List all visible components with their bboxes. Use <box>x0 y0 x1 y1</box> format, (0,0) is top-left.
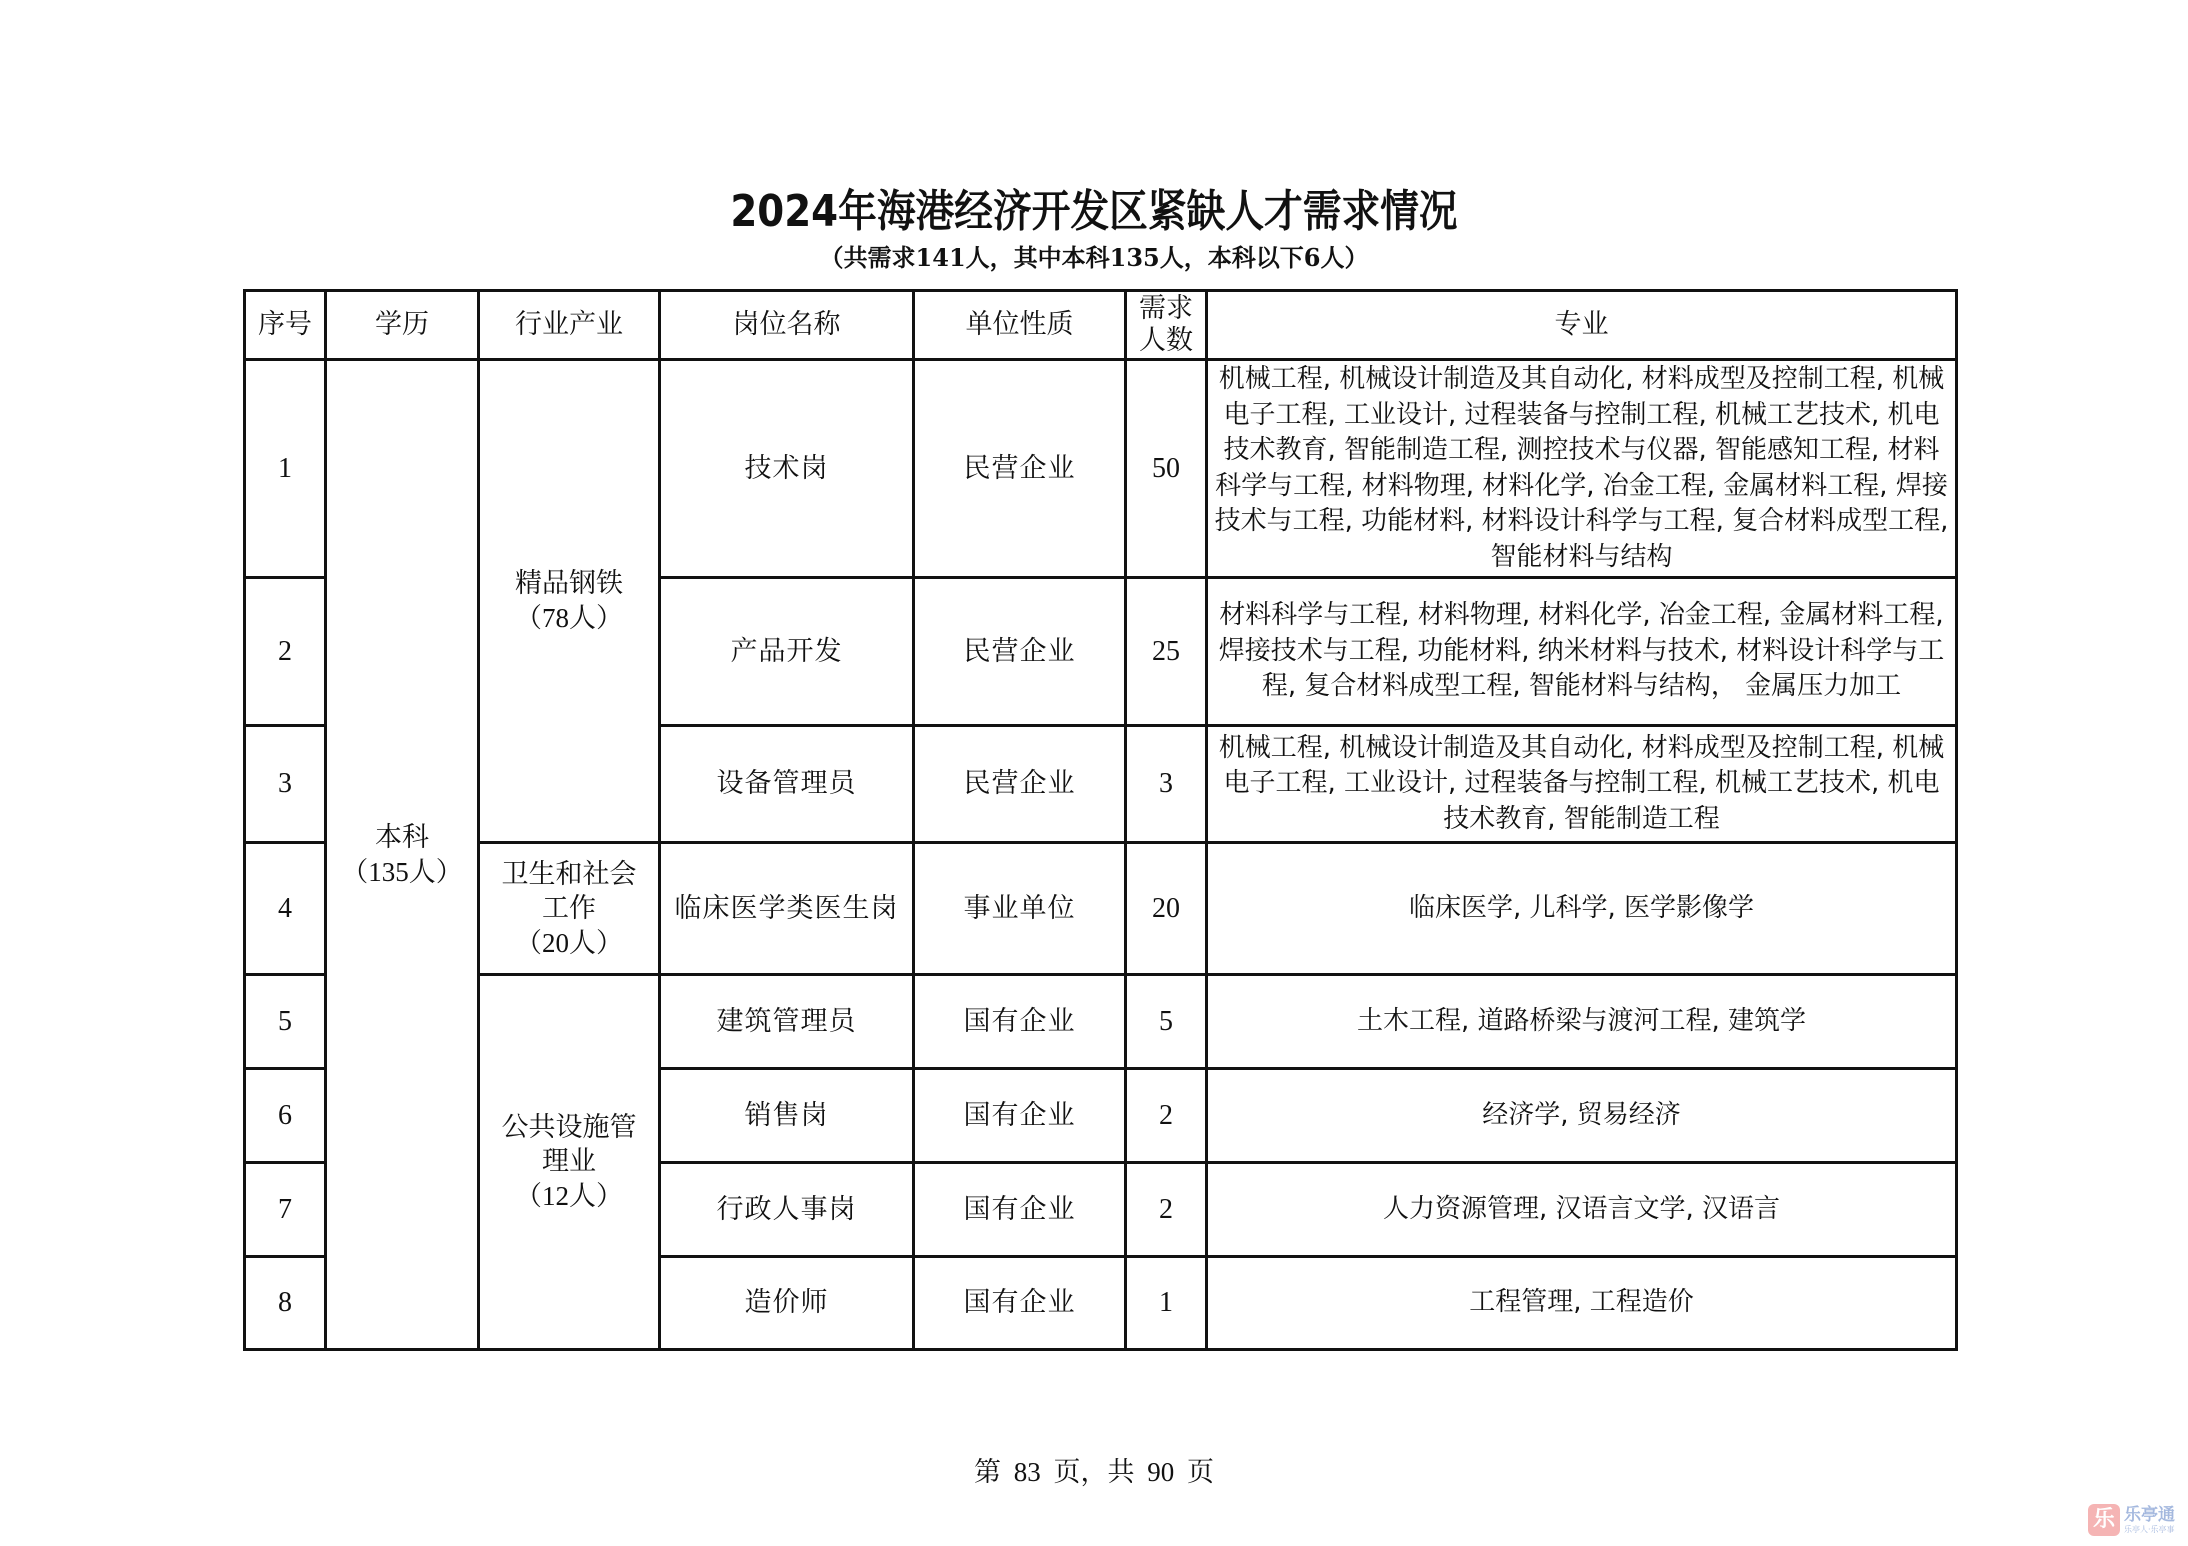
education-label: 本科 <box>331 821 473 855</box>
table-row: 4 卫生和社会 工作 （20人） 临床医学类医生岗 事业单位 20 临床医学, … <box>245 843 1957 975</box>
row-seq: 7 <box>245 1163 326 1257</box>
row-unit-type: 国有企业 <box>914 1163 1126 1257</box>
row-position: 造价师 <box>660 1257 914 1350</box>
row-position: 销售岗 <box>660 1069 914 1163</box>
industry-count: （20人） <box>484 926 654 960</box>
row-demand: 1 <box>1126 1257 1207 1350</box>
watermark-slogan: 乐亭人·乐亭事 <box>2124 1526 2175 1534</box>
header-seq: 序号 <box>245 291 326 360</box>
table-row: 5 公共设施管 理业 （12人） 建筑管理员 国有企业 5 土木工程, 道路桥梁… <box>245 975 1957 1069</box>
row-seq: 2 <box>245 578 326 726</box>
row-demand: 50 <box>1126 360 1207 578</box>
row-unit-type: 事业单位 <box>914 843 1126 975</box>
watermark-logo-icon: 乐 <box>2088 1504 2120 1536</box>
page-footer: 第 83 页，共 90 页 <box>0 1455 2188 1489</box>
talent-demand-table: 序号 学历 行业产业 岗位名称 单位性质 需求 人数 专业 1 本科 （135人… <box>243 289 1958 1351</box>
row-position: 设备管理员 <box>660 726 914 843</box>
row-major: 工程管理, 工程造价 <box>1207 1257 1957 1350</box>
row-demand: 3 <box>1126 726 1207 843</box>
row-unit-type: 民营企业 <box>914 726 1126 843</box>
industry-group-cell: 精品钢铁 （78人） <box>479 360 660 843</box>
row-unit-type: 民营企业 <box>914 578 1126 726</box>
education-group-cell: 本科 （135人） <box>326 360 479 1350</box>
row-seq: 3 <box>245 726 326 843</box>
header-demand: 需求 人数 <box>1126 291 1207 360</box>
row-demand: 2 <box>1126 1069 1207 1163</box>
page-subtitle: （共需求141人，其中本科135人，本科以下6人） <box>0 243 2188 273</box>
row-demand: 2 <box>1126 1163 1207 1257</box>
header-unit-type: 单位性质 <box>914 291 1126 360</box>
row-major: 材料科学与工程, 材料物理, 材料化学, 冶金工程, 金属材料工程, 焊接技术与… <box>1207 578 1957 726</box>
row-seq: 4 <box>245 843 326 975</box>
row-unit-type: 国有企业 <box>914 975 1126 1069</box>
table-header-row: 序号 学历 行业产业 岗位名称 单位性质 需求 人数 专业 <box>245 291 1957 360</box>
row-major: 人力资源管理, 汉语言文学, 汉语言 <box>1207 1163 1957 1257</box>
row-major: 土木工程, 道路桥梁与渡河工程, 建筑学 <box>1207 975 1957 1069</box>
row-unit-type: 国有企业 <box>914 1257 1126 1350</box>
industry-count: （78人） <box>484 601 654 635</box>
header-demand-line1: 需求 <box>1131 293 1201 325</box>
row-demand: 5 <box>1126 975 1207 1069</box>
row-unit-type: 国有企业 <box>914 1069 1126 1163</box>
row-major: 机械工程, 机械设计制造及其自动化, 材料成型及控制工程, 机械电子工程, 工业… <box>1207 726 1957 843</box>
table-row: 1 本科 （135人） 精品钢铁 （78人） 技术岗 民营企业 50 机械工程,… <box>245 360 1957 578</box>
header-industry: 行业产业 <box>479 291 660 360</box>
header-position: 岗位名称 <box>660 291 914 360</box>
page-title: 2024年海港经济开发区紧缺人才需求情况 <box>131 184 2056 240</box>
industry-label-line2: 理业 <box>484 1145 654 1179</box>
industry-count: （12人） <box>484 1179 654 1213</box>
watermark-text: 乐亭通 乐亭人·乐亭事 <box>2124 1507 2175 1534</box>
row-seq: 1 <box>245 360 326 578</box>
row-major: 经济学, 贸易经济 <box>1207 1069 1957 1163</box>
industry-label-line1: 公共设施管 <box>484 1111 654 1145</box>
row-position: 临床医学类医生岗 <box>660 843 914 975</box>
industry-label-line2: 工作 <box>484 892 654 926</box>
row-seq: 8 <box>245 1257 326 1350</box>
row-position: 产品开发 <box>660 578 914 726</box>
watermark: 乐 乐亭通 乐亭人·乐亭事 <box>2088 1503 2175 1537</box>
watermark-name: 乐亭通 <box>2124 1507 2175 1524</box>
header-major: 专业 <box>1207 291 1957 360</box>
row-seq: 5 <box>245 975 326 1069</box>
row-position: 行政人事岗 <box>660 1163 914 1257</box>
row-seq: 6 <box>245 1069 326 1163</box>
industry-group-cell: 卫生和社会 工作 （20人） <box>479 843 660 975</box>
header-education: 学历 <box>326 291 479 360</box>
row-major: 机械工程, 机械设计制造及其自动化, 材料成型及控制工程, 机械电子工程, 工业… <box>1207 360 1957 578</box>
row-unit-type: 民营企业 <box>914 360 1126 578</box>
row-demand: 25 <box>1126 578 1207 726</box>
row-major: 临床医学, 儿科学, 医学影像学 <box>1207 843 1957 975</box>
industry-group-cell: 公共设施管 理业 （12人） <box>479 975 660 1350</box>
row-position: 技术岗 <box>660 360 914 578</box>
header-demand-line2: 人数 <box>1131 325 1201 357</box>
education-count: （135人） <box>331 855 473 889</box>
industry-label-line1: 卫生和社会 <box>484 858 654 892</box>
industry-label: 精品钢铁 <box>484 567 654 601</box>
row-demand: 20 <box>1126 843 1207 975</box>
row-position: 建筑管理员 <box>660 975 914 1069</box>
